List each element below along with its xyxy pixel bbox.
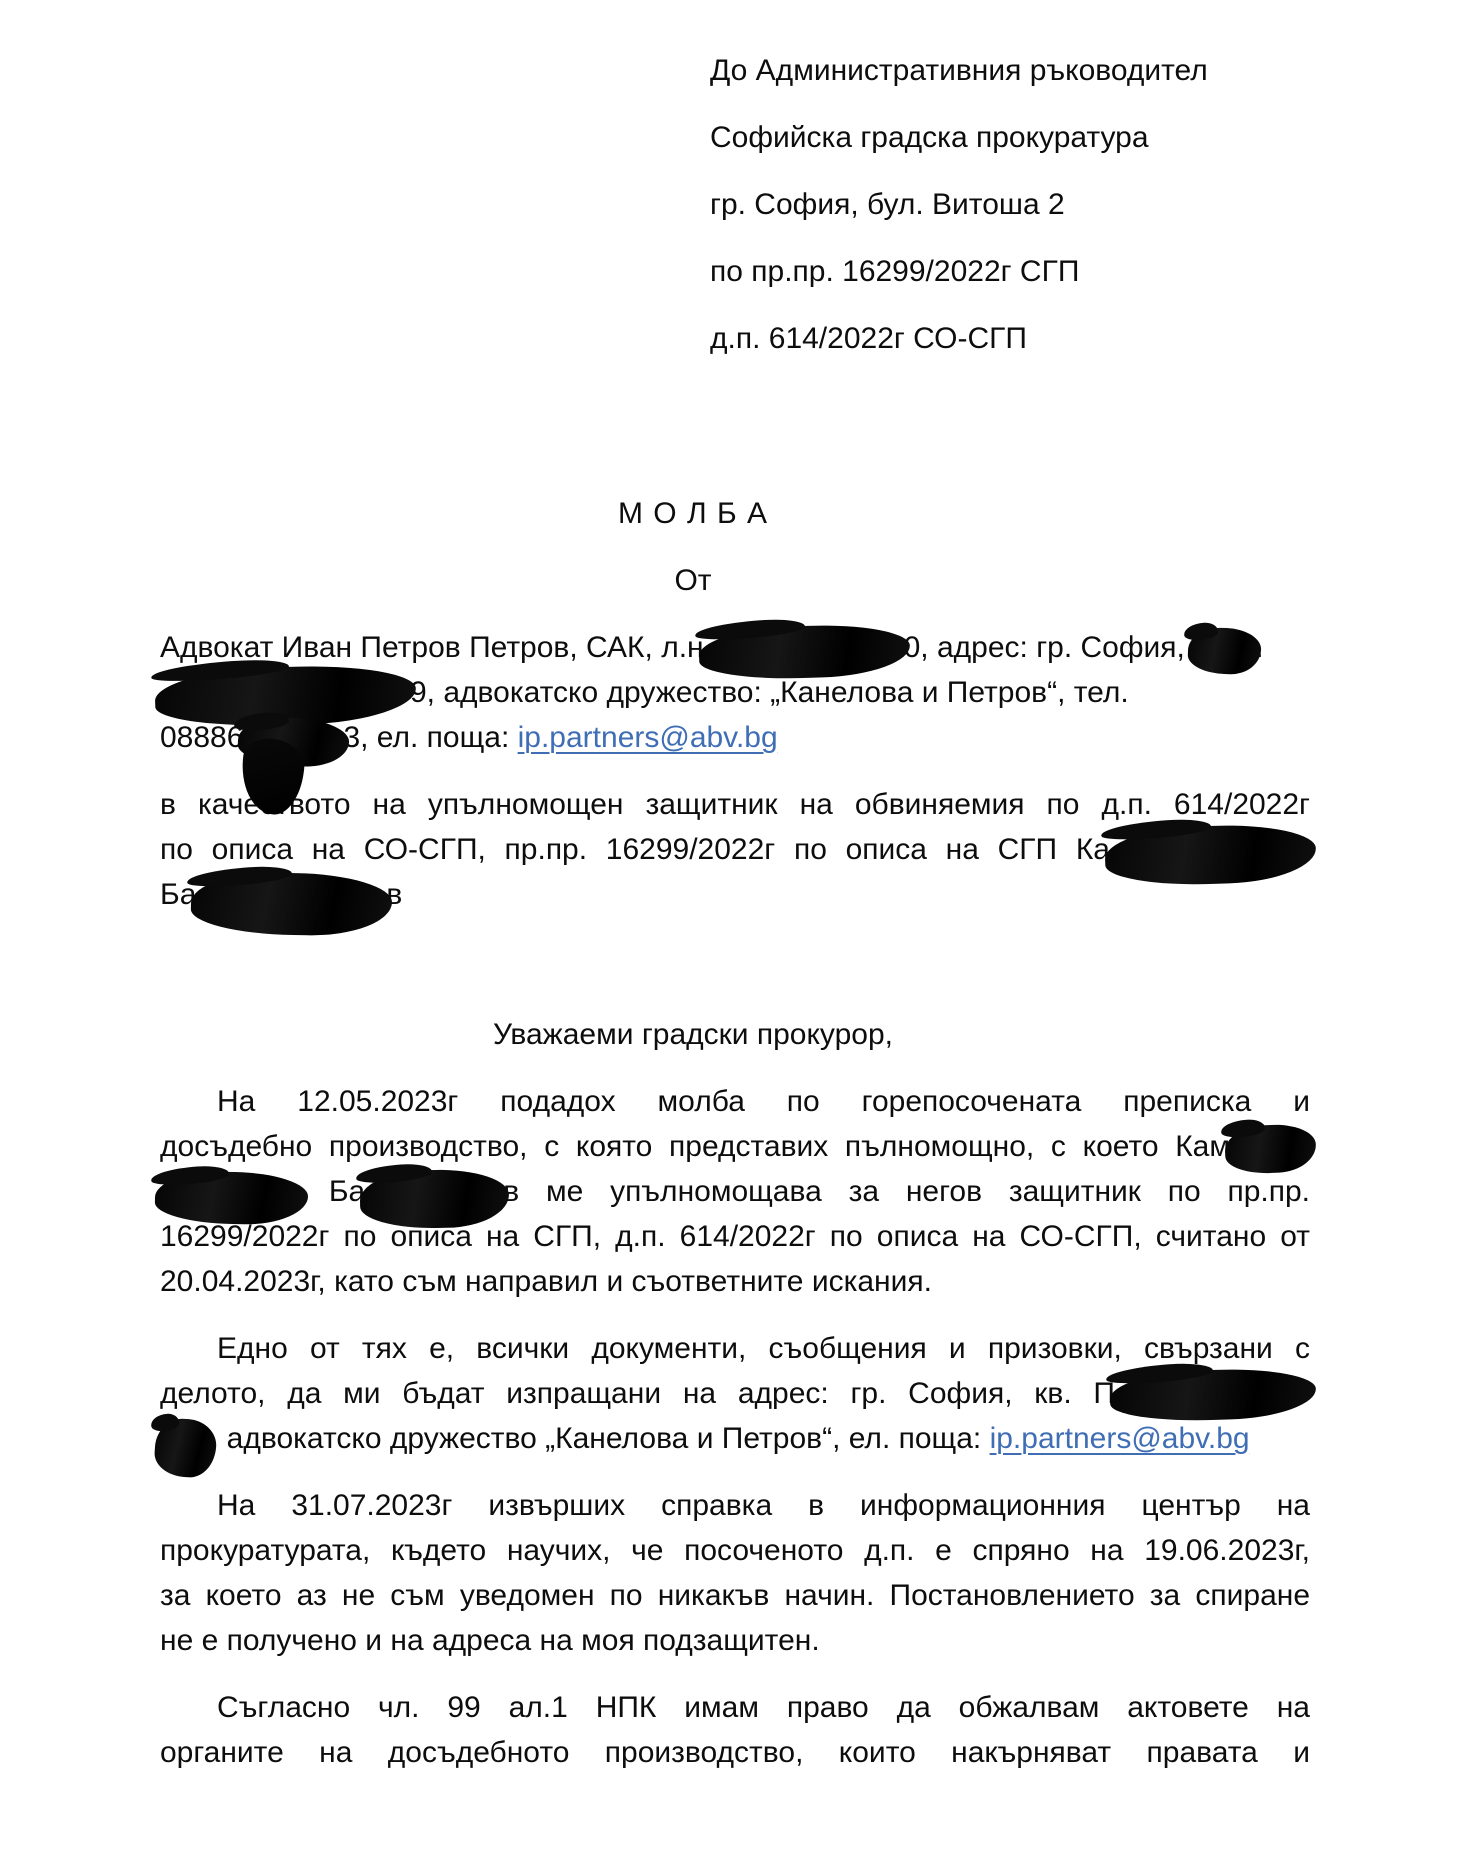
text-run: делото, да ми бъдат изпращани на адрес: … [160,1377,1115,1410]
text-run: 0, адрес: гр. София, [904,631,1194,664]
redaction-mark [243,722,343,752]
email-link[interactable]: ip.partners@abv.bg [518,721,778,754]
text-run: органите на досъдебното производство, ко… [160,1736,1310,1769]
text-run: Ба [302,1175,365,1208]
redaction-mark [365,1176,503,1206]
text-run: за което аз не съм уведомен по никакъв н… [160,1579,1310,1612]
redaction-mark [1193,632,1255,662]
redaction-mark [196,879,386,909]
redaction-mark [160,1423,210,1453]
salutation: Уважаеми градски прокурор, [118,1012,1268,1057]
email-link[interactable]: ip.partners@abv.bg [990,1422,1250,1455]
recipient-line: гр. София, бул. Витоша 2 [710,182,1310,227]
text-line: прокуратурата, където научих, че посочен… [160,1528,1310,1573]
document-body: На 12.05.2023г подадох молба по горепосо… [160,1079,1310,1775]
paragraph-address-request: Едно от тях е, всички документи, съобщен… [160,1326,1310,1461]
recipient-block: До Административния ръководителСофийска … [710,48,1310,361]
text-run: Едно от тях е, всички документи, съобщен… [217,1332,1310,1365]
text-line: 088863, ел. поща: ip.partners@abv.bg [160,715,1310,760]
recipient-line: Софийска градска прокуратура [710,115,1310,160]
text-run: в качеството на упълномощен защитник на … [160,788,1310,821]
document-page: До Административния ръководителСофийска … [0,0,1474,1858]
text-line: 9, адвокатско дружество: „Канелова и Пет… [160,670,1310,715]
text-line: , адвокатско дружество „Канелова и Петро… [160,1416,1310,1461]
text-line: Съгласно чл. 99 ал.1 НПК имам право да о… [160,1685,1310,1730]
text-line: за което аз не съм уведомен по никакъв н… [160,1573,1310,1618]
text-run: прокуратурата, където научих, че посочен… [160,1534,1310,1567]
redaction-mark [704,632,904,662]
text-run: Адвокат Иван Петров Петров, САК, л.н [160,631,704,664]
redaction-mark [1110,834,1310,864]
text-line: органите на досъдебното производство, ко… [160,1730,1310,1775]
redaction-mark [1230,1131,1310,1161]
paragraph-case-suspension: На 31.07.2023г извърших справка в информ… [160,1483,1310,1663]
recipient-line: по пр.пр. 16299/2022г СГП [710,249,1310,294]
text-line: На 31.07.2023г извърших справка в информ… [160,1483,1310,1528]
text-line: Едно от тях е, всички документи, съобщен… [160,1326,1310,1371]
recipient-line: д.п. 614/2022г СО-СГП [710,316,1310,361]
text-run: по описа на СО-СГП, пр.пр. 16299/2022г п… [160,833,1110,866]
text-run: 9, адвокатско дружество: „Канелова и Пет… [410,676,1129,709]
text-run: 08886 [160,721,243,754]
text-run: 20.04.2023г, като съм направил и съответ… [160,1265,932,1298]
text-run: в ме упълномощава за негов защитник по п… [503,1175,1310,1208]
text-line: Бав ме упълномощава за негов защитник по… [160,1169,1310,1214]
text-run: На 31.07.2023г извърших справка в информ… [217,1489,1310,1522]
text-run: На 12.05.2023г подадох молба по горепосо… [217,1085,1310,1118]
text-line: делото, да ми бъдат изпращани на адрес: … [160,1371,1310,1416]
paragraph-legal-basis: Съгласно чл. 99 ал.1 НПК имам право да о… [160,1685,1310,1775]
redaction-mark [1115,1378,1310,1408]
text-line: по описа на СО-СГП, пр.пр. 16299/2022г п… [160,827,1310,872]
text-run: , адвокатско дружество „Канелова и Петро… [210,1422,990,1455]
redaction-mark [160,1176,302,1206]
text-run: 3, ел. поща: [343,721,517,754]
recipient-line: До Административния ръководител [710,48,1310,93]
redaction-mark [160,677,410,707]
text-line: в качеството на упълномощен защитник на … [160,782,1310,827]
text-run: не е получено и на адреса на моя подзащи… [160,1624,820,1657]
from-label: От [118,558,1268,603]
text-run: Съгласно чл. 99 ал.1 НПК имам право да о… [217,1691,1310,1724]
sender-details: Адвокат Иван Петров Петров, САК, л.н0, а… [160,625,1310,760]
paragraph-previous-request: На 12.05.2023г подадох молба по горепосо… [160,1079,1310,1304]
text-line: Адвокат Иван Петров Петров, САК, л.н0, а… [160,625,1310,670]
text-line: досъдебно производство, с която представ… [160,1124,1310,1169]
text-run: 16299/2022г по описа на СГП, д.п. 614/20… [160,1220,1310,1253]
text-run: досъдебно производство, с която представ… [160,1130,1230,1163]
sender-block: Адвокат Иван Петров Петров, САК, л.н0, а… [160,625,1310,917]
capacity-statement: в качеството на упълномощен защитник на … [160,782,1310,917]
text-line: 16299/2022г по описа на СГП, д.п. 614/20… [160,1214,1310,1259]
document-title: М О Л Б А [118,491,1268,536]
text-line: На 12.05.2023г подадох молба по горепосо… [160,1079,1310,1124]
